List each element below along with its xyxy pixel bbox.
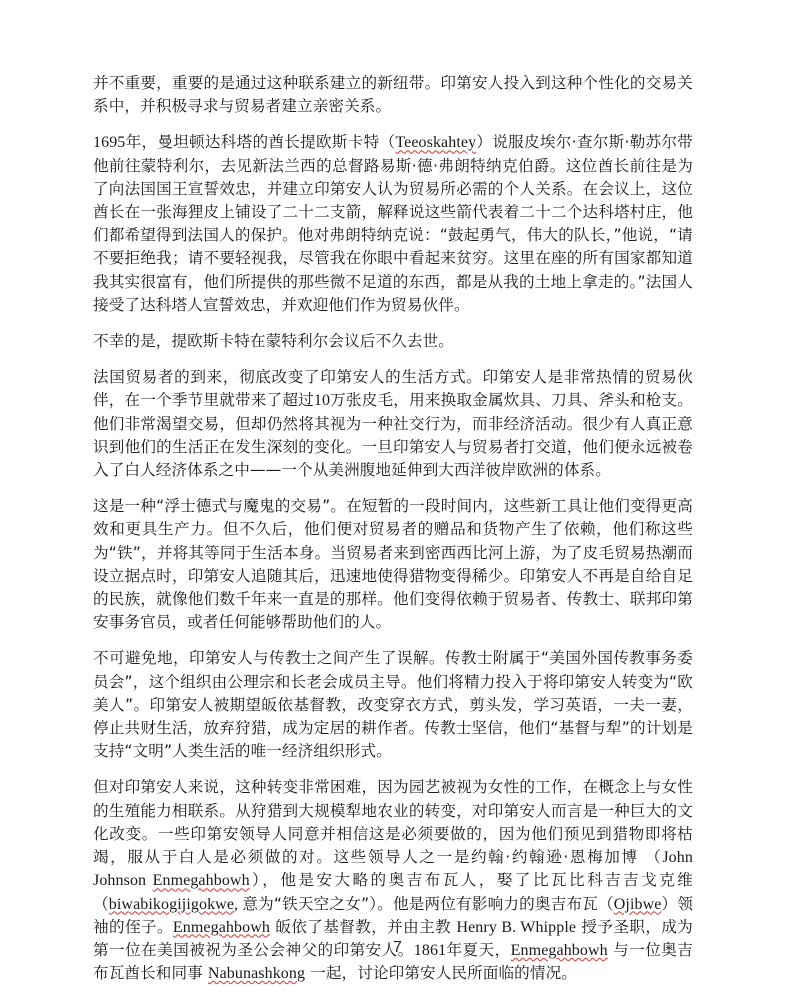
spellcheck-flagged-word: Enmegahbowh — [153, 872, 250, 889]
text-run: 意为“铁天空之女”）。他是两位有影响力的奥吉布瓦（ — [242, 895, 613, 913]
text-run: 皈依了基督教，并由主教 — [270, 918, 456, 936]
text-run: 不幸的是，提欧斯卡特在蒙特利尔会议后不久去世。 — [93, 332, 454, 350]
spellcheck-flagged-word: Enmegahbowh — [173, 919, 270, 936]
text-run: 10 — [314, 392, 330, 409]
paragraph-5: 这是一种“浮士德式与魔鬼的交易”。在短暂的一段时间内，这些新工具让他们变得更高效… — [93, 495, 693, 634]
paragraph-4: 法国贸易者的到来，彻底改变了印第安人的生活方式。印第安人是非常热情的贸易伙伴，在… — [93, 366, 693, 482]
spellcheck-flagged-word: biwabikogijigokwe — [109, 896, 234, 913]
text-run: 但对印第安人来说，这种转变非常困难，因为园艺被视为女性的工作，在概念上与女性的生… — [93, 778, 693, 866]
text-run: 不可避免地，印第安人与传教士之间产生了误解。传教士附属于“美国外国传教事务委员会… — [93, 649, 693, 760]
paragraph-6: 不可避免地，印第安人与传教士之间产生了误解。传教士附属于“美国外国传教事务委员会… — [93, 647, 693, 763]
text-run: 并不重要，重要的是通过这种联系建立的新纽带。印第安人投入到这种个性化的交易关系中… — [93, 74, 693, 115]
paragraph-1: 并不重要，重要的是通过这种联系建立的新纽带。印第安人投入到这种个性化的交易关系中… — [93, 72, 693, 118]
text-run: ）说服皮埃尔·查尔斯·勒苏尔带他前往蒙特利尔，去见新法兰西的总督路易斯·德·弗朗… — [93, 133, 693, 313]
text-run: 1695 — [93, 134, 125, 151]
spellcheck-flagged-word: Teeoskahtey — [395, 134, 476, 151]
spellcheck-flagged-word: Nabunashkong — [208, 965, 305, 982]
paragraph-2: 1695年，曼坦顿达科塔的酋长提欧斯卡特（Teeoskahtey）说服皮埃尔·查… — [93, 131, 693, 317]
paragraph-3: 不幸的是，提欧斯卡特在蒙特利尔会议后不久去世。 — [93, 330, 693, 353]
page-number: 7 — [0, 939, 795, 957]
text-run: 这是一种“浮士德式与魔鬼的交易”。在短暂的一段时间内，这些新工具让他们变得更高效… — [93, 497, 693, 631]
spellcheck-flagged-word: Ojibwe — [614, 896, 662, 913]
document-page: 并不重要，重要的是通过这种联系建立的新纽带。印第安人投入到这种个性化的交易关系中… — [93, 72, 693, 998]
text-run: Henry B. Whipple — [456, 919, 576, 936]
text-run: 年，曼坦顿达科塔的酋长提欧斯卡特（ — [125, 133, 395, 151]
text-run: 一起，讨论印第安人民所面临的情况。 — [305, 964, 577, 982]
